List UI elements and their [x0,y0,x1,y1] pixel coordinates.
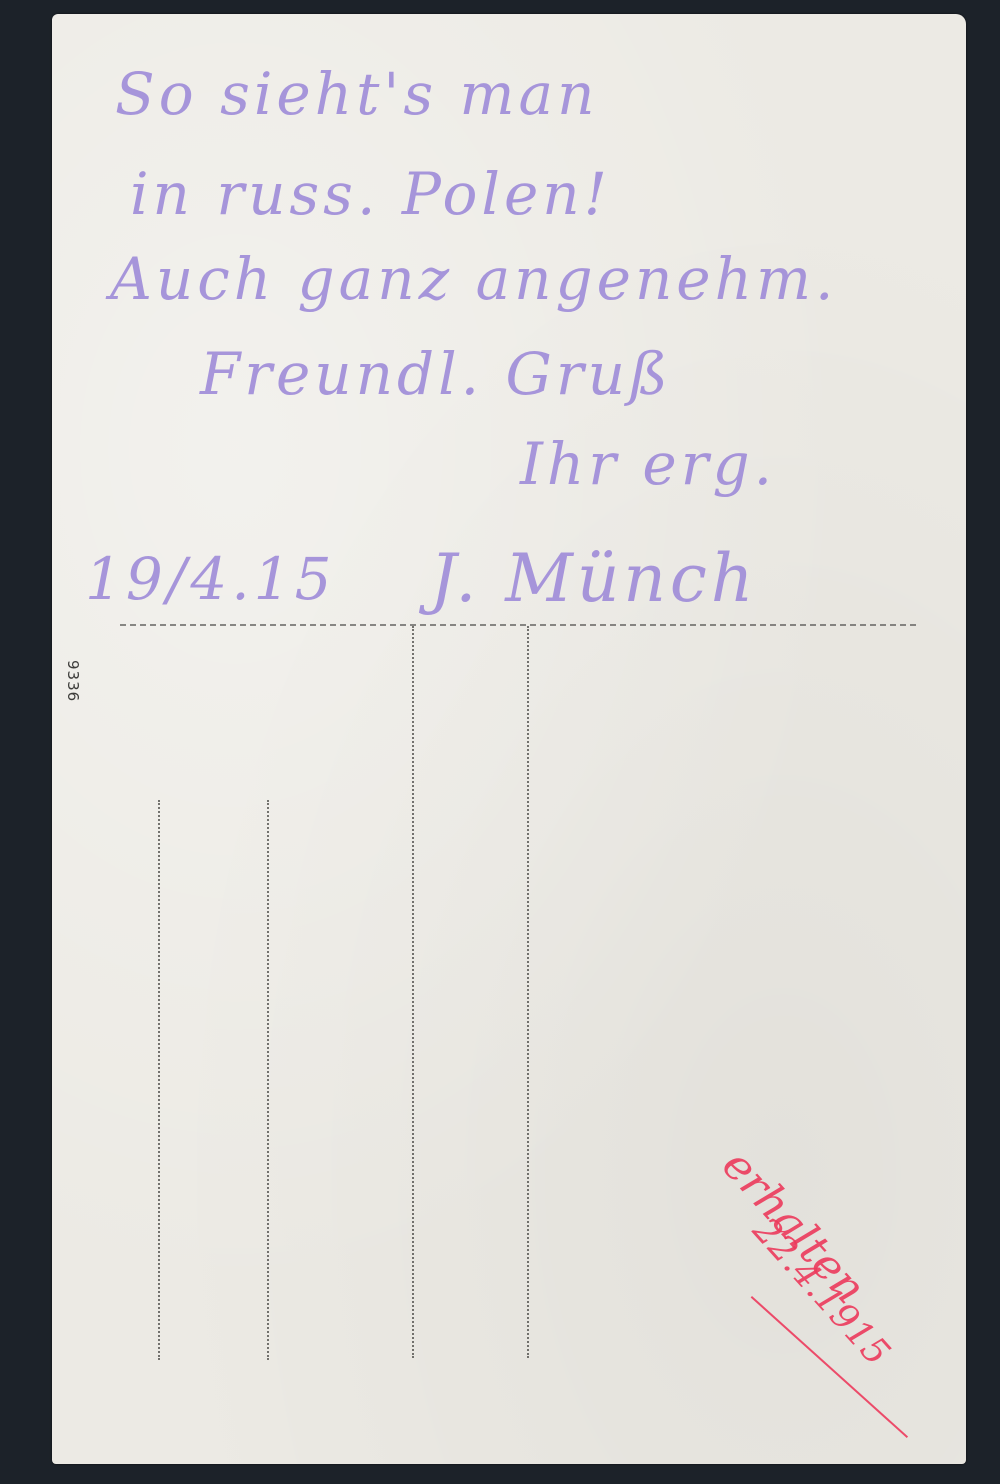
publisher-number: 9336 [64,660,82,702]
address-line-2 [267,800,269,1360]
address-line-4 [527,626,529,1358]
address-line-1 [158,800,160,1360]
center-divider-line [412,626,414,1358]
horizontal-divider [120,624,916,626]
